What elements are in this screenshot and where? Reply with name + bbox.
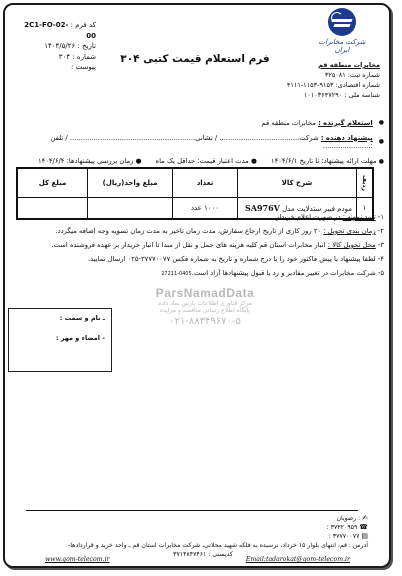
form-attachment-row: پیوست : (16, 62, 96, 73)
national-id: شناسه ملی : ۱۰۱۰۳۶۴۷۲۹۰ (260, 90, 380, 100)
form-date-row: تاریخ : ۱۴۰۴/۵/۲۶ (16, 41, 96, 52)
telecom-logo-icon (328, 8, 356, 36)
bidder-row: ● پیشنهاد دهنده : شرکت..................… (24, 132, 384, 151)
watermark: ParsNamadData مرکز فناوری اطلاعات پارس ن… (150, 286, 260, 327)
footer-contact: ✍ : رضویان ☎ ۳۷۲۲۰۹۵۹ : ▤ ۳۷۷۷۰۰۷۷ : آدر… (38, 514, 368, 559)
review-date: ● زمان بررسی پیشنهادها: ۱۴۰۴/۶/۴ (38, 157, 142, 165)
col-row-number: ردیف (357, 168, 374, 198)
footer-links: www.qom-telecom.ir Email:tadarokat@qom-t… (45, 556, 350, 563)
address: آدرس : قم، انتهای بلوار ۱۵ خرداد، نرسیده… (38, 541, 368, 550)
phone-icon: ☎ (359, 523, 368, 531)
requester-label: استعلام گیرنده : (318, 119, 373, 127)
phone-row: ☎ ۳۷۲۲۰۹۵۹ : (38, 523, 368, 532)
term-2: ۲- زمان بندی تحویل : ۲۰ روز کاری از تاری… (24, 224, 384, 238)
table-header-row: ردیف شرح کالا تعداد مبلغ واحد(ریال) مبلغ… (17, 168, 373, 198)
inquiry-details: ● استعلام گیرنده : مخابرات منطقه قم ● پی… (24, 113, 384, 170)
term-5: ۵- شرکت مخابرات در تغییر مقادیر و رد یا … (24, 266, 384, 281)
registration-number: شماره ثبت: ۳۲۵۰۸۱ (260, 70, 380, 80)
col-total-price: مبلغ کل (17, 168, 88, 198)
email-link[interactable]: Email:tadarokat@qom-telecom.ir (246, 556, 350, 563)
form-meta: کد فرم : 2C1-FO-02-00 تاریخ : ۱۴۰۴/۵/۲۶ … (16, 20, 96, 73)
requester-value: مخابرات منطقه قم (261, 119, 315, 127)
bullet-icon: ● (379, 119, 384, 126)
price-validity: ● مدت اعتبار قیمت: حداقل یک ماه (156, 157, 257, 165)
company-name: مخابرات منطقه قم (260, 60, 380, 70)
signature-stamp-label: - امضاء و مهر : (15, 334, 105, 342)
company-info: مخابرات منطقه قم شماره ثبت: ۳۲۵۰۸۱ شماره… (260, 60, 380, 100)
bullet-icon: ● (379, 138, 384, 145)
terms-list: ۱- تایید نمونه : در صورت اعلام خریدار ۲-… (24, 210, 384, 281)
reference-code: 0405-27211 (161, 271, 191, 277)
writing-hand-icon: ✍ (362, 514, 368, 522)
page-title: فرم استعلام قیمت کتبی ۳۰۴ (120, 53, 270, 65)
form-number: ۳۰۴ (59, 53, 70, 61)
contact-person-row: ✍ : رضویان (38, 514, 368, 523)
form-date: ۱۴۰۴/۵/۲۶ (44, 42, 75, 50)
requester-row: ● استعلام گیرنده : مخابرات منطقه قم (24, 113, 384, 132)
fax-row: ▤ ۳۷۷۷۰۰۷۷ : (38, 532, 368, 541)
bullet-icon: ● (379, 158, 384, 165)
term-1: ۱- تایید نمونه : در صورت اعلام خریدار (24, 210, 384, 224)
logo-text: شرکت مخابرات ایران (318, 38, 366, 54)
signature-box[interactable]: ـ نام و سمت : - امضاء و مهر : (8, 308, 112, 372)
term-3: ۳- محل تحویل کالا : انبار مخابرات استان … (24, 238, 384, 252)
col-quantity: تعداد (173, 168, 238, 198)
fax-icon: ▤ (361, 532, 368, 540)
economic-code: شماره اقتصادی: ۹۱۵۳-۱۱۵۳-۴۱۱۱ (260, 80, 380, 90)
form-code-row: کد فرم : 2C1-FO-02-00 (16, 20, 96, 41)
name-title-label: ـ نام و سمت : (15, 314, 105, 322)
footer-divider (26, 510, 358, 511)
company-logo: شرکت مخابرات ایران (318, 8, 366, 54)
col-unit-price: مبلغ واحد(ریال) (88, 168, 173, 198)
col-item-description: شرح کالا (238, 168, 357, 198)
website-link[interactable]: www.qom-telecom.ir (45, 556, 110, 563)
form-number-row: شماره : ۳۰۴ (16, 52, 96, 63)
bidder-label: پیشنهاد دهنده : (321, 134, 373, 142)
submission-deadline: مهلت ارائه پیشنهاد: تا تاریخ ۱۴۰۴/۶/۱ (271, 157, 377, 165)
term-4: ۴- لطفا پیشنهاد یا پیش فاکتور خود را با … (24, 252, 384, 266)
